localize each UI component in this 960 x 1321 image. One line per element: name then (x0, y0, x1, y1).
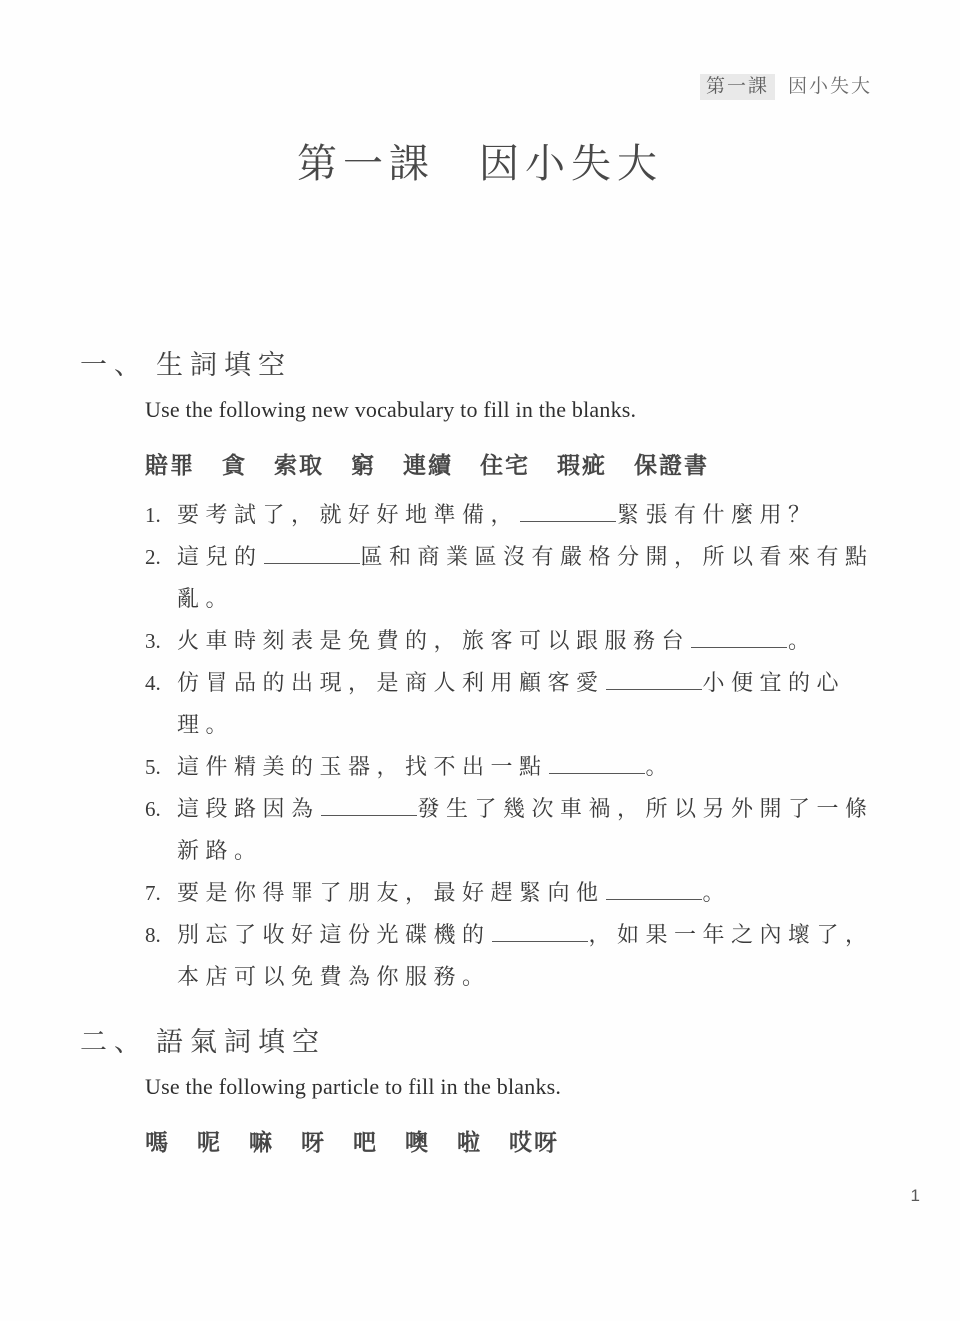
section-vocab-instruction: Use the following new vocabulary to fill… (145, 397, 890, 423)
fill-in-blank (691, 630, 787, 648)
page-title-text: 因小失大 (479, 141, 663, 186)
question-text: 要是你得罪了朋友，最好趕緊向他。 (177, 872, 895, 914)
question-line: 理。 (177, 704, 895, 746)
running-header-lesson-title: 因小失大 (788, 76, 872, 97)
page-title-lesson: 第一課 (297, 141, 435, 186)
running-header-lesson-badge: 第一課 (700, 74, 775, 100)
section-vocab-number: 一、 (80, 350, 148, 380)
fill-in-blank (520, 504, 616, 522)
word-bank-item: 哎呀 (509, 1129, 559, 1155)
vocab-question-list: 1.要考試了，就好好地準備，緊張有什麼用？2.這兒的區和商業區沒有嚴格分開，所以… (145, 494, 895, 998)
question-row: 3.火車時刻表是免費的，旅客可以跟服務台。 (145, 620, 895, 662)
question-number: 2. (145, 536, 177, 578)
question-row: 5.這件精美的玉器，找不出一點。 (145, 746, 895, 788)
fill-in-blank (264, 546, 360, 564)
word-bank-item: 吧 (353, 1129, 378, 1155)
question-number: 8. (145, 914, 177, 956)
question-text: 這段路因為發生了幾次車禍，所以另外開了一條新路。 (177, 788, 895, 872)
word-bank-item: 保證書 (634, 452, 709, 478)
word-bank-item: 呀 (301, 1129, 326, 1155)
word-bank-item: 窮 (351, 452, 376, 478)
word-bank-item: 賠罪 (145, 452, 195, 478)
section-vocab-heading-text: 生詞填空 (156, 350, 292, 380)
question-line: 新路。 (177, 830, 895, 872)
section-vocab-heading: 一、生詞填空 (80, 347, 890, 385)
question-text: 要考試了，就好好地準備，緊張有什麼用？ (177, 494, 895, 536)
section-particle-number: 二、 (80, 1027, 148, 1057)
word-bank-item: 索取 (274, 452, 324, 478)
question-line: 要是你得罪了朋友，最好趕緊向他。 (177, 872, 895, 914)
fill-in-blank (321, 798, 417, 816)
question-number: 3. (145, 620, 177, 662)
question-row: 4.仿冒品的出現，是商人利用顧客愛小便宜的心理。 (145, 662, 895, 746)
question-row: 6.這段路因為發生了幾次車禍，所以另外開了一條新路。 (145, 788, 895, 872)
question-text: 火車時刻表是免費的，旅客可以跟服務台。 (177, 620, 895, 662)
question-row: 8.別忘了收好這份光碟機的，如果一年之內壞了，本店可以免費為你服務。 (145, 914, 895, 998)
word-bank-item: 貪 (222, 452, 247, 478)
question-line: 別忘了收好這份光碟機的，如果一年之內壞了， (177, 914, 895, 956)
question-row: 1.要考試了，就好好地準備，緊張有什麼用？ (145, 494, 895, 536)
section-vocab-fill: 一、生詞填空 Use the following new vocabulary … (80, 347, 890, 998)
question-number: 4. (145, 662, 177, 704)
fill-in-blank (606, 882, 702, 900)
section-particle-heading: 二、語氣詞填空 (80, 1024, 890, 1062)
section-particle-fill: 二、語氣詞填空 Use the following particle to fi… (80, 1024, 890, 1157)
fill-in-blank (492, 924, 588, 942)
question-text: 這兒的區和商業區沒有嚴格分開，所以看來有點亂。 (177, 536, 895, 620)
word-bank-item: 嗎 (145, 1129, 170, 1155)
word-bank-item: 啦 (457, 1129, 482, 1155)
question-line: 本店可以免費為你服務。 (177, 956, 895, 998)
word-bank-item: 住宅 (480, 452, 530, 478)
page-number: 1 (911, 1186, 920, 1206)
question-line: 亂。 (177, 578, 895, 620)
vocab-word-bank: 賠罪貪索取窮連續住宅瑕疵保證書 (145, 447, 890, 480)
word-bank-item: 嘛 (249, 1129, 274, 1155)
question-number: 7. (145, 872, 177, 914)
running-header: 第一課因小失大 (700, 71, 872, 98)
question-text: 這件精美的玉器，找不出一點。 (177, 746, 895, 788)
question-line: 仿冒品的出現，是商人利用顧客愛小便宜的心 (177, 662, 895, 704)
particle-word-bank: 嗎呢嘛呀吧噢啦哎呀 (145, 1124, 890, 1157)
question-text: 別忘了收好這份光碟機的，如果一年之內壞了，本店可以免費為你服務。 (177, 914, 895, 998)
question-line: 這段路因為發生了幾次車禍，所以另外開了一條 (177, 788, 895, 830)
word-bank-item: 呢 (197, 1129, 222, 1155)
word-bank-item: 瑕疵 (557, 452, 607, 478)
workbook-page: 第一課因小失大 第一課因小失大 一、生詞填空 Use the following… (0, 0, 960, 1321)
question-row: 7.要是你得罪了朋友，最好趕緊向他。 (145, 872, 895, 914)
question-line: 這件精美的玉器，找不出一點。 (177, 746, 895, 788)
question-number: 5. (145, 746, 177, 788)
word-bank-item: 連續 (403, 452, 453, 478)
fill-in-blank (606, 672, 702, 690)
fill-in-blank (549, 756, 645, 774)
question-number: 6. (145, 788, 177, 830)
question-number: 1. (145, 494, 177, 536)
word-bank-item: 噢 (405, 1129, 430, 1155)
section-particle-instruction: Use the following particle to fill in th… (145, 1074, 890, 1100)
question-row: 2.這兒的區和商業區沒有嚴格分開，所以看來有點亂。 (145, 536, 895, 620)
question-line: 這兒的區和商業區沒有嚴格分開，所以看來有點 (177, 536, 895, 578)
section-particle-heading-text: 語氣詞填空 (156, 1027, 326, 1057)
question-line: 要考試了，就好好地準備，緊張有什麼用？ (177, 494, 895, 536)
question-line: 火車時刻表是免費的，旅客可以跟服務台。 (177, 620, 895, 662)
question-text: 仿冒品的出現，是商人利用顧客愛小便宜的心理。 (177, 662, 895, 746)
